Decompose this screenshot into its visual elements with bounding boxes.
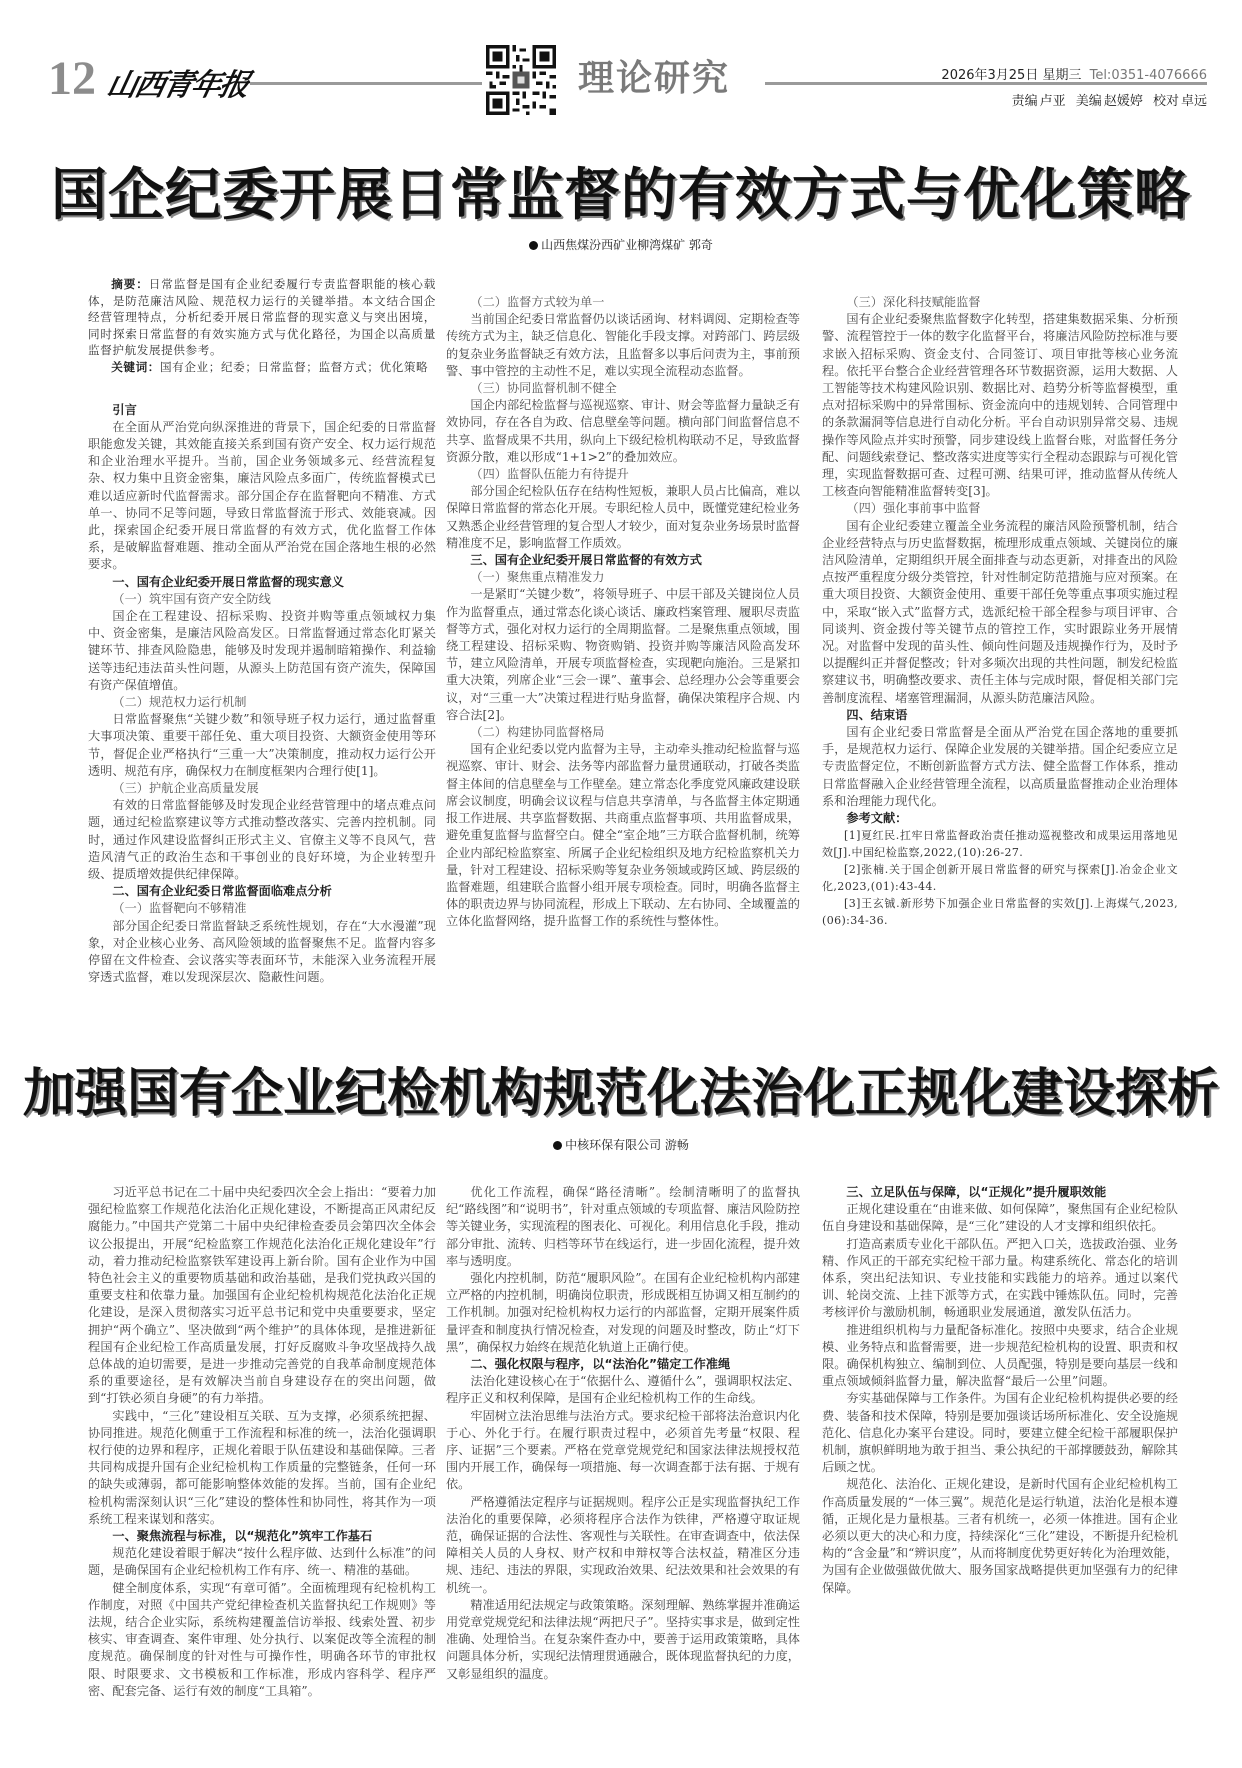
paragraph: 国有企业纪委日常监督是全面从严治党在国企落地的重要抓手，是规范权力运行、保障企业… [822, 724, 1178, 810]
art-editor-label: 美编 [1076, 94, 1102, 109]
art-editor-name: 赵媛婷 [1104, 94, 1143, 109]
paragraph: 严格遵循法定程序与证据规则。程序公正是实现监督执纪工作法治化的重要保障，必须将程… [446, 1494, 800, 1597]
paragraph: 夯实基础保障与工作条件。为国有企业纪检机构提供必要的经费、装备和技术保障，特别是… [822, 1390, 1178, 1476]
paragraph: 国企在工程建设、招标采购、投资并购等重点领域权力集中、资金密集，是廉洁风险高发区… [88, 608, 436, 694]
reference-item: [1]夏红民.扛牢日常监督政治责任推动巡视整改和成果运用落地见效[J].中国纪检… [822, 827, 1178, 861]
paragraph: 精准适用纪法规定与政策策略。深刻理解、熟练掌握并准确运用党章党规党纪和法律法规“… [446, 1597, 800, 1683]
issue-date: 2026年3月25日 星期三 [941, 68, 1081, 83]
subsection-heading: （三）深化科技赋能监督 [822, 294, 1178, 311]
paragraph: 法治化建设核心在于“依据什么、遵循什么”，强调职权法定、程序正义和权利保障，是国… [446, 1373, 800, 1407]
proofreader-label: 校对 [1153, 94, 1179, 109]
article2-column-3: 三、立足队伍与保障，以“正规化”提升履职效能 正规化建设重在“由谁来做、如何保障… [822, 1184, 1178, 1597]
qr-code-icon [486, 45, 556, 115]
intro-heading: 引言 [88, 402, 436, 419]
intro-paragraph: 在全面从严治党向纵深推进的背景下，国企纪委的日常监督职能愈发关键，其效能直接关系… [88, 419, 436, 574]
paragraph: 正规化建设重在“由谁来做、如何保障”，聚焦国有企业纪检队伍自身建设和基础保障，是… [822, 1201, 1178, 1235]
reference-item: [3]王玄铖.新形势下加强企业日常监督的实效[J].上海煤气,2023,(06)… [822, 895, 1178, 929]
subsection-heading: （二）监督方式较为单一 [446, 294, 800, 311]
editor-name: 卢亚 [1040, 94, 1066, 109]
article1-column-1: 摘要：日常监督是国有企业纪委履行专责监督职能的核心载体，是防范廉洁风险、规范权力… [88, 276, 436, 986]
reference-item: [2]张楠.关于国企创新开展日常监督的研究与探索[J].冶金企业文化,2023,… [822, 861, 1178, 895]
paragraph: 实践中，“三化”建设相互关联、互为支撑，必须系统把握、协同推进。规范化侧重于工作… [88, 1408, 436, 1528]
issue-date-line: 2026年3月25日 星期三 Tel:0351-4076666 [941, 64, 1207, 83]
paragraph: 国有企业纪委建立覆盖全业务流程的廉洁风险预警机制，结合企业经营特点与历史监督数据… [822, 518, 1178, 707]
masthead-rule-left [250, 82, 482, 85]
paragraph: 健全制度体系，实现“有章可循”。全面梳理现有纪检机构工作制度，对照《中国共产党纪… [88, 1580, 436, 1700]
paragraph: 有效的日常监督能够及时发现企业经营管理中的堵点难点问题，通过纪检监察建议等方式推… [88, 797, 436, 883]
subsection-heading: （一）聚焦重点精准发力 [446, 569, 800, 586]
keywords: 关键词：国有企业；纪委；日常监督；监督方式；优化策略 [88, 359, 436, 376]
section-heading: 一、聚焦流程与标准，以“规范化”筑牢工作基石 [88, 1528, 436, 1545]
section-heading: 一、国有企业纪委开展日常监督的现实意义 [88, 574, 436, 591]
paragraph: 强化内控机制，防范“履职风险”。在国有企业纪检机构内部建立严格的内控机制，明确岗… [446, 1270, 800, 1356]
newspaper-logo: 山西青年报 [103, 60, 252, 104]
section-title: 理论研究 [578, 60, 730, 96]
subsection-heading: （四）监督队伍能力有待提升 [446, 466, 800, 483]
paragraph: 国企内部纪检监督与巡视巡察、审计、财会等监督力量缺乏有效协同，存在各自为政、信息… [446, 397, 800, 466]
subsection-heading: （一）筑牢国有资产安全防线 [88, 591, 436, 608]
bullet-icon [553, 1141, 562, 1150]
subsection-heading: （三）护航企业高质量发展 [88, 780, 436, 797]
page-number: 12 [48, 55, 96, 103]
article2-column-1: 习近平总书记在二十届中央纪委四次全会上指出：“要着力加强纪检监察工作规范化法治化… [88, 1184, 436, 1700]
article2-column-2: 优化工作流程，确保“路径清晰”。绘制清晰明了的监督执纪“路线图”和“说明书”，针… [446, 1184, 800, 1683]
paragraph: 优化工作流程，确保“路径清晰”。绘制清晰明了的监督执纪“路线图”和“说明书”，针… [446, 1184, 800, 1270]
masthead: 12 山西青年报 理论研究 2026年3月25日 星期三 Tel:0351-40… [0, 0, 1242, 140]
paragraph: 部分国企纪检队伍存在结构性短板，兼职人员占比偏高，难以保障日常监督的常态化开展。… [446, 483, 800, 552]
paragraph: 日常监督聚焦“关键少数”和领导班子权力运行，通过监督重大事项决策、重要干部任免、… [88, 711, 436, 780]
paragraph: 一是紧盯“关键少数”，将领导班子、中层干部及关键岗位人员作为监督重点，通过常态化… [446, 586, 800, 724]
telephone: Tel:0351-4076666 [1090, 68, 1207, 83]
article1-headline: 国企纪委开展日常监督的有效方式与优化策略 [0, 168, 1242, 224]
editor-credits: 责编卢亚 美编赵媛婷 校对卓远 [1006, 90, 1207, 109]
proofreader-name: 卓远 [1181, 94, 1207, 109]
paragraph: 国有企业纪委以党内监督为主导，主动牵头推动纪检监督与巡视巡察、审计、财会、法务等… [446, 741, 800, 930]
subsection-heading: （二）构建协同监督格局 [446, 724, 800, 741]
article1-column-2: （二）监督方式较为单一 当前国企纪委日常监督仍以谈话函询、材料调阅、定期检查等传… [446, 294, 800, 931]
section-heading: 二、国有企业纪委日常监督面临难点分析 [88, 883, 436, 900]
section-heading: 三、国有企业纪委开展日常监督的有效方式 [446, 552, 800, 569]
subsection-heading: （四）强化事前事中监督 [822, 500, 1178, 517]
editor-label: 责编 [1012, 94, 1038, 109]
paragraph: 推进组织机构与力量配备标准化。按照中央要求，结合企业规模、业务特点和监督需要，进… [822, 1322, 1178, 1391]
references-heading: 参考文献： [822, 810, 1178, 827]
article2-byline: 中核环保有限公司 游畅 [0, 1136, 1242, 1153]
subsection-heading: （三）协同监督机制不健全 [446, 380, 800, 397]
paragraph: 规范化建设着眼于解决“按什么程序做、达到什么标准”的问题，是确保国有企业纪检机构… [88, 1545, 436, 1579]
paragraph: 习近平总书记在二十届中央纪委四次全会上指出：“要着力加强纪检监察工作规范化法治化… [88, 1184, 436, 1408]
paragraph: 国有企业纪委聚焦监督数字化转型，搭建集数据采集、分析预警、流程管控于一体的数字化… [822, 311, 1178, 500]
article2-headline: 加强国有企业纪检机构规范化法治化正规化建设探析 [0, 1068, 1242, 1120]
subsection-heading: （二）规范权力运行机制 [88, 694, 436, 711]
section-heading: 三、立足队伍与保障，以“正规化”提升履职效能 [822, 1184, 1178, 1201]
article2-author: 中核环保有限公司 游畅 [565, 1138, 689, 1152]
section-heading: 二、强化权限与程序，以“法治化”锚定工作准绳 [446, 1356, 800, 1373]
paragraph: 规范化、法治化、正规化建设，是新时代国有企业纪检机构工作高质量发展的“一体三翼”… [822, 1476, 1178, 1596]
abstract: 摘要：日常监督是国有企业纪委履行专责监督职能的核心载体，是防范廉洁风险、规范权力… [88, 276, 436, 359]
paragraph: 牢固树立法治思维与法治方式。要求纪检干部将法治意识内化于心、外化于行。在履行职责… [446, 1408, 800, 1494]
bullet-icon [529, 241, 538, 250]
article1-author: 山西焦煤汾西矿业柳湾煤矿 郭奇 [541, 238, 713, 252]
paragraph: 当前国企纪委日常监督仍以谈话函询、材料调阅、定期检查等传统方式为主，缺乏信息化、… [446, 311, 800, 380]
section-heading: 四、结束语 [822, 707, 1178, 724]
article1-byline: 山西焦煤汾西矿业柳湾煤矿 郭奇 [0, 236, 1242, 253]
paragraph: 部分国企纪委日常监督缺乏系统性规划，存在“大水漫灌”现象，对企业核心业务、高风险… [88, 918, 436, 987]
article1-column-3: （三）深化科技赋能监督 国有企业纪委聚焦监督数字化转型，搭建集数据采集、分析预警… [822, 294, 1178, 929]
subsection-heading: （一）监督靶向不够精准 [88, 900, 436, 917]
paragraph: 打造高素质专业化干部队伍。严把入口关，选拔政治强、业务精、作风正的干部充实纪检干… [822, 1236, 1178, 1322]
